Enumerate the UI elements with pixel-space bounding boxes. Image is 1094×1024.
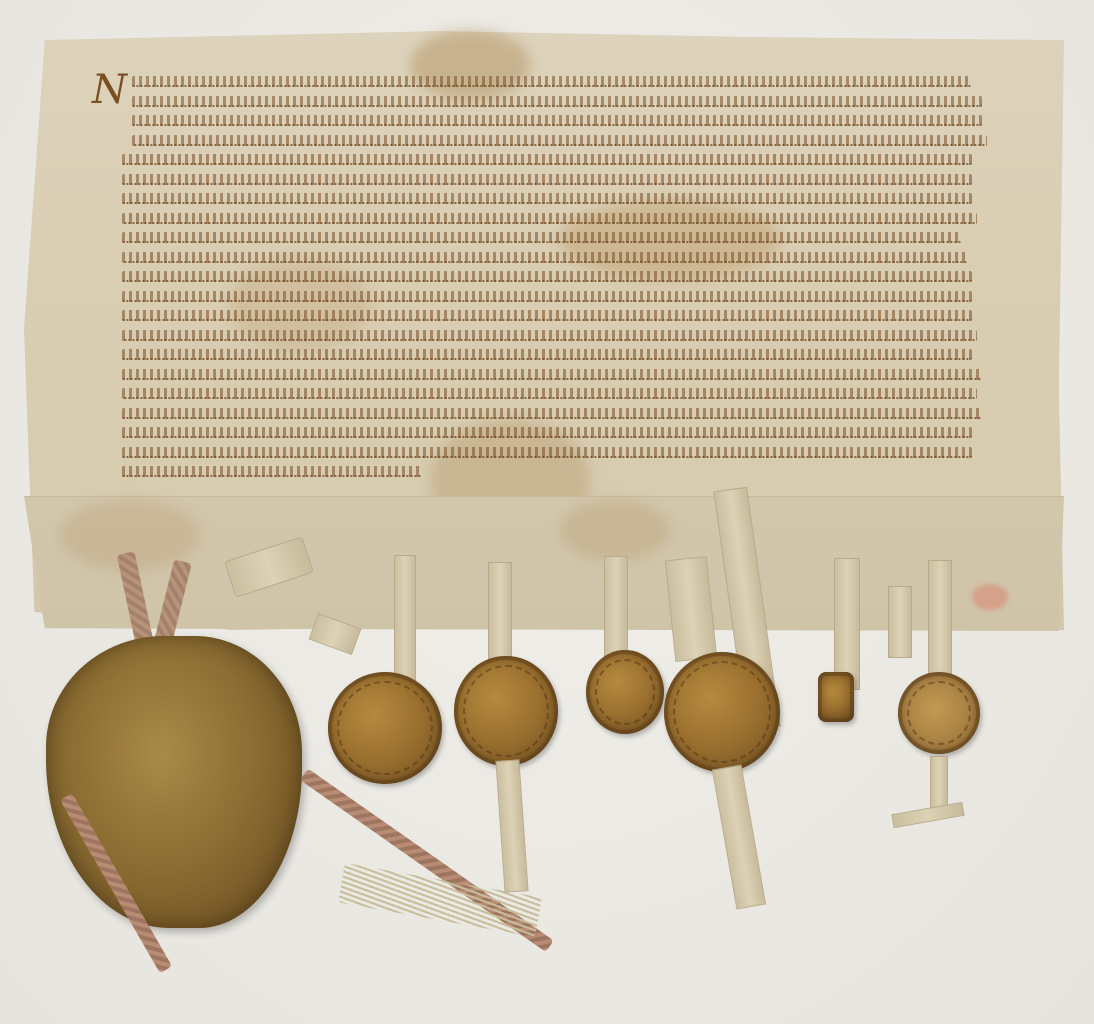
text-line xyxy=(92,207,992,227)
text-line xyxy=(92,187,992,207)
text-line xyxy=(92,168,992,188)
text-line xyxy=(92,382,992,402)
text-line xyxy=(92,402,992,422)
seal-tag xyxy=(394,555,416,687)
wax-seal-rosette xyxy=(898,672,980,754)
wax-seal-shield xyxy=(328,672,442,784)
text-line xyxy=(92,109,992,129)
wax-seal-small xyxy=(586,650,664,734)
text-line xyxy=(92,226,992,246)
seal-tag xyxy=(928,560,952,682)
wax-seal-large xyxy=(664,652,780,772)
wax-seal-fragment xyxy=(818,672,854,722)
text-line xyxy=(92,441,992,461)
seal-tag xyxy=(888,586,912,658)
text-line xyxy=(92,421,992,441)
text-line xyxy=(92,148,992,168)
text-line xyxy=(92,129,992,149)
seal-tag xyxy=(488,562,512,664)
text-line xyxy=(92,304,992,324)
text-line xyxy=(92,343,992,363)
wax-seal-figure xyxy=(454,656,558,766)
seal-tag xyxy=(834,558,860,690)
text-line xyxy=(92,285,992,305)
red-stamp-mark xyxy=(972,584,1008,610)
text-line xyxy=(92,265,992,285)
text-line xyxy=(92,363,992,383)
water-stain xyxy=(560,500,670,560)
charter-text xyxy=(92,70,992,480)
text-line xyxy=(92,460,992,480)
text-line xyxy=(92,70,992,90)
text-line xyxy=(92,90,992,110)
text-line xyxy=(92,324,992,344)
text-line xyxy=(92,246,992,266)
